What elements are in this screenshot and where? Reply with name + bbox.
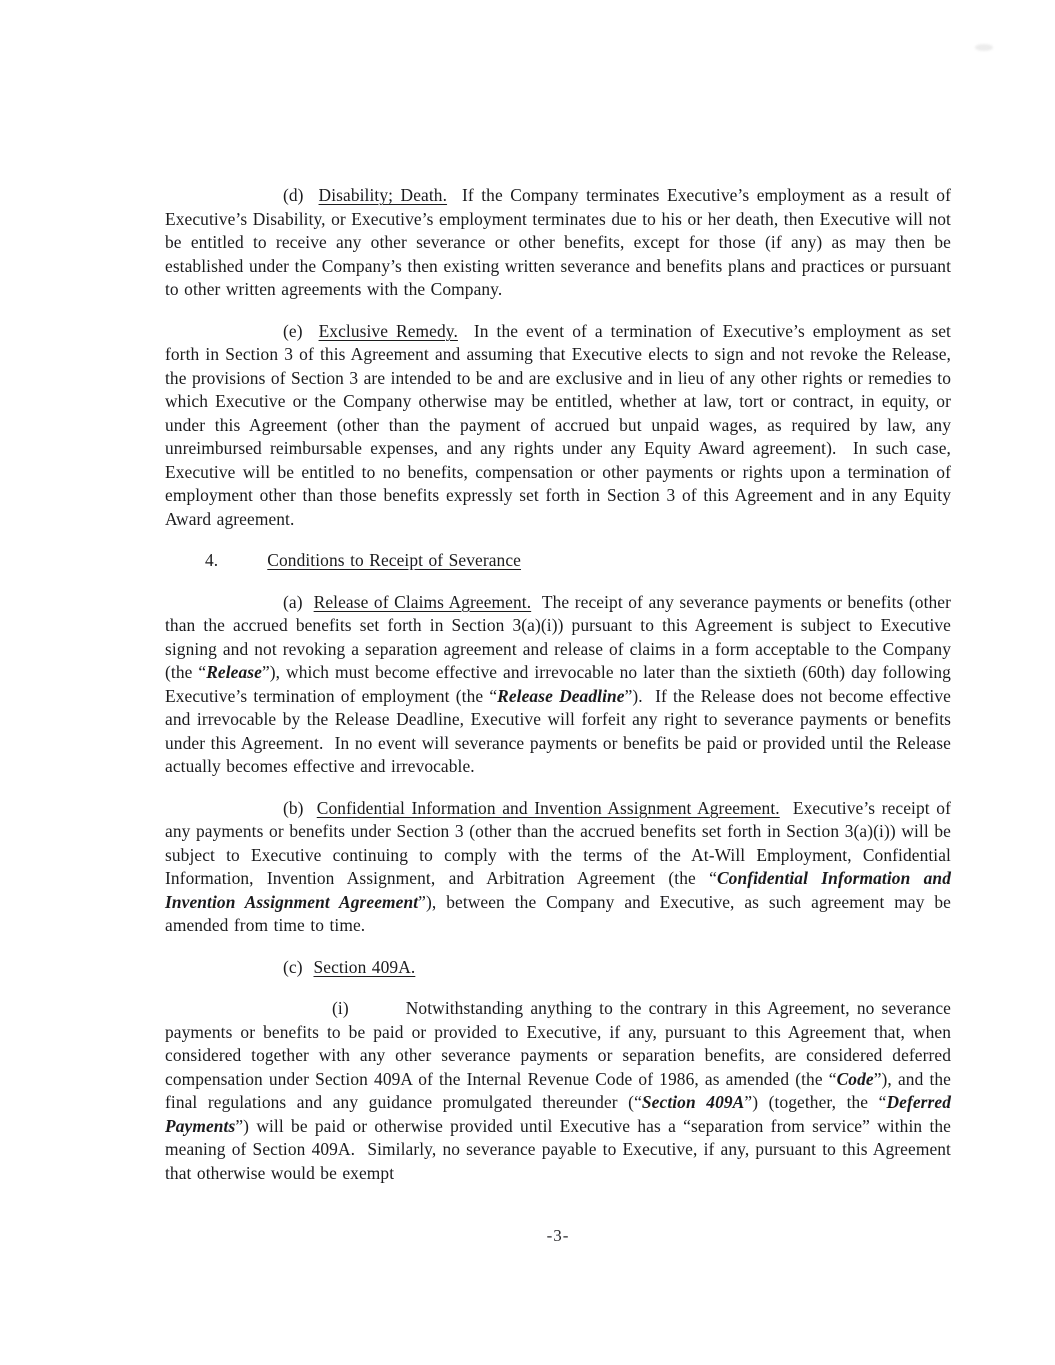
text-run-plain: 4. (205, 550, 267, 570)
paragraph-c-i-notwithstanding: (i) Notwithstanding anything to the cont… (165, 997, 951, 1185)
text-run-plain: (b) (283, 798, 317, 818)
text-run-bi: Release (206, 662, 262, 682)
document-body: (d) Disability; Death. If the Company te… (165, 184, 951, 1203)
text-run-underline: Release of Claims Agreement. (314, 592, 532, 612)
text-run-underline: Conditions to Receipt of Severance (267, 550, 521, 570)
text-run-plain: (e) (283, 321, 319, 341)
text-run-bi: Section 409A (642, 1092, 744, 1112)
text-run-underline: Exclusive Remedy. (319, 321, 458, 341)
document-page: (d) Disability; Death. If the Company te… (0, 0, 1055, 1365)
text-run-plain: In the event of a termination of Executi… (165, 321, 951, 529)
text-run-plain: (c) (283, 957, 314, 977)
text-run-plain: (i) Notwithstanding anything to the cont… (165, 998, 951, 1089)
scan-smudge-artifact (975, 44, 993, 51)
text-run-bi: Code (837, 1069, 874, 1089)
paragraph-b-confidential-information: (b) Confidential Information and Inventi… (165, 797, 951, 938)
text-run-plain: ”) will be paid or otherwise provided un… (165, 1116, 951, 1183)
text-run-bi: Release Deadline (497, 686, 624, 706)
paragraph-d-disability-death: (d) Disability; Death. If the Company te… (165, 184, 951, 302)
text-run-plain: (d) (283, 185, 319, 205)
text-run-plain: (a) (283, 592, 314, 612)
text-run-underline: Section 409A. (314, 957, 416, 977)
text-run-underline: Confidential Information and Invention A… (317, 798, 780, 818)
page-number: -3- (165, 1226, 951, 1246)
paragraph-c-section-409a-heading: (c) Section 409A. (165, 956, 951, 980)
paragraph-e-exclusive-remedy: (e) Exclusive Remedy. In the event of a … (165, 320, 951, 532)
paragraph-a-release-of-claims: (a) Release of Claims Agreement. The rec… (165, 591, 951, 779)
text-run-underline: Disability; Death. (319, 185, 447, 205)
text-run-plain: ”) (together, the “ (744, 1092, 886, 1112)
heading-section-4-conditions: 4. Conditions to Receipt of Severance (165, 549, 951, 573)
